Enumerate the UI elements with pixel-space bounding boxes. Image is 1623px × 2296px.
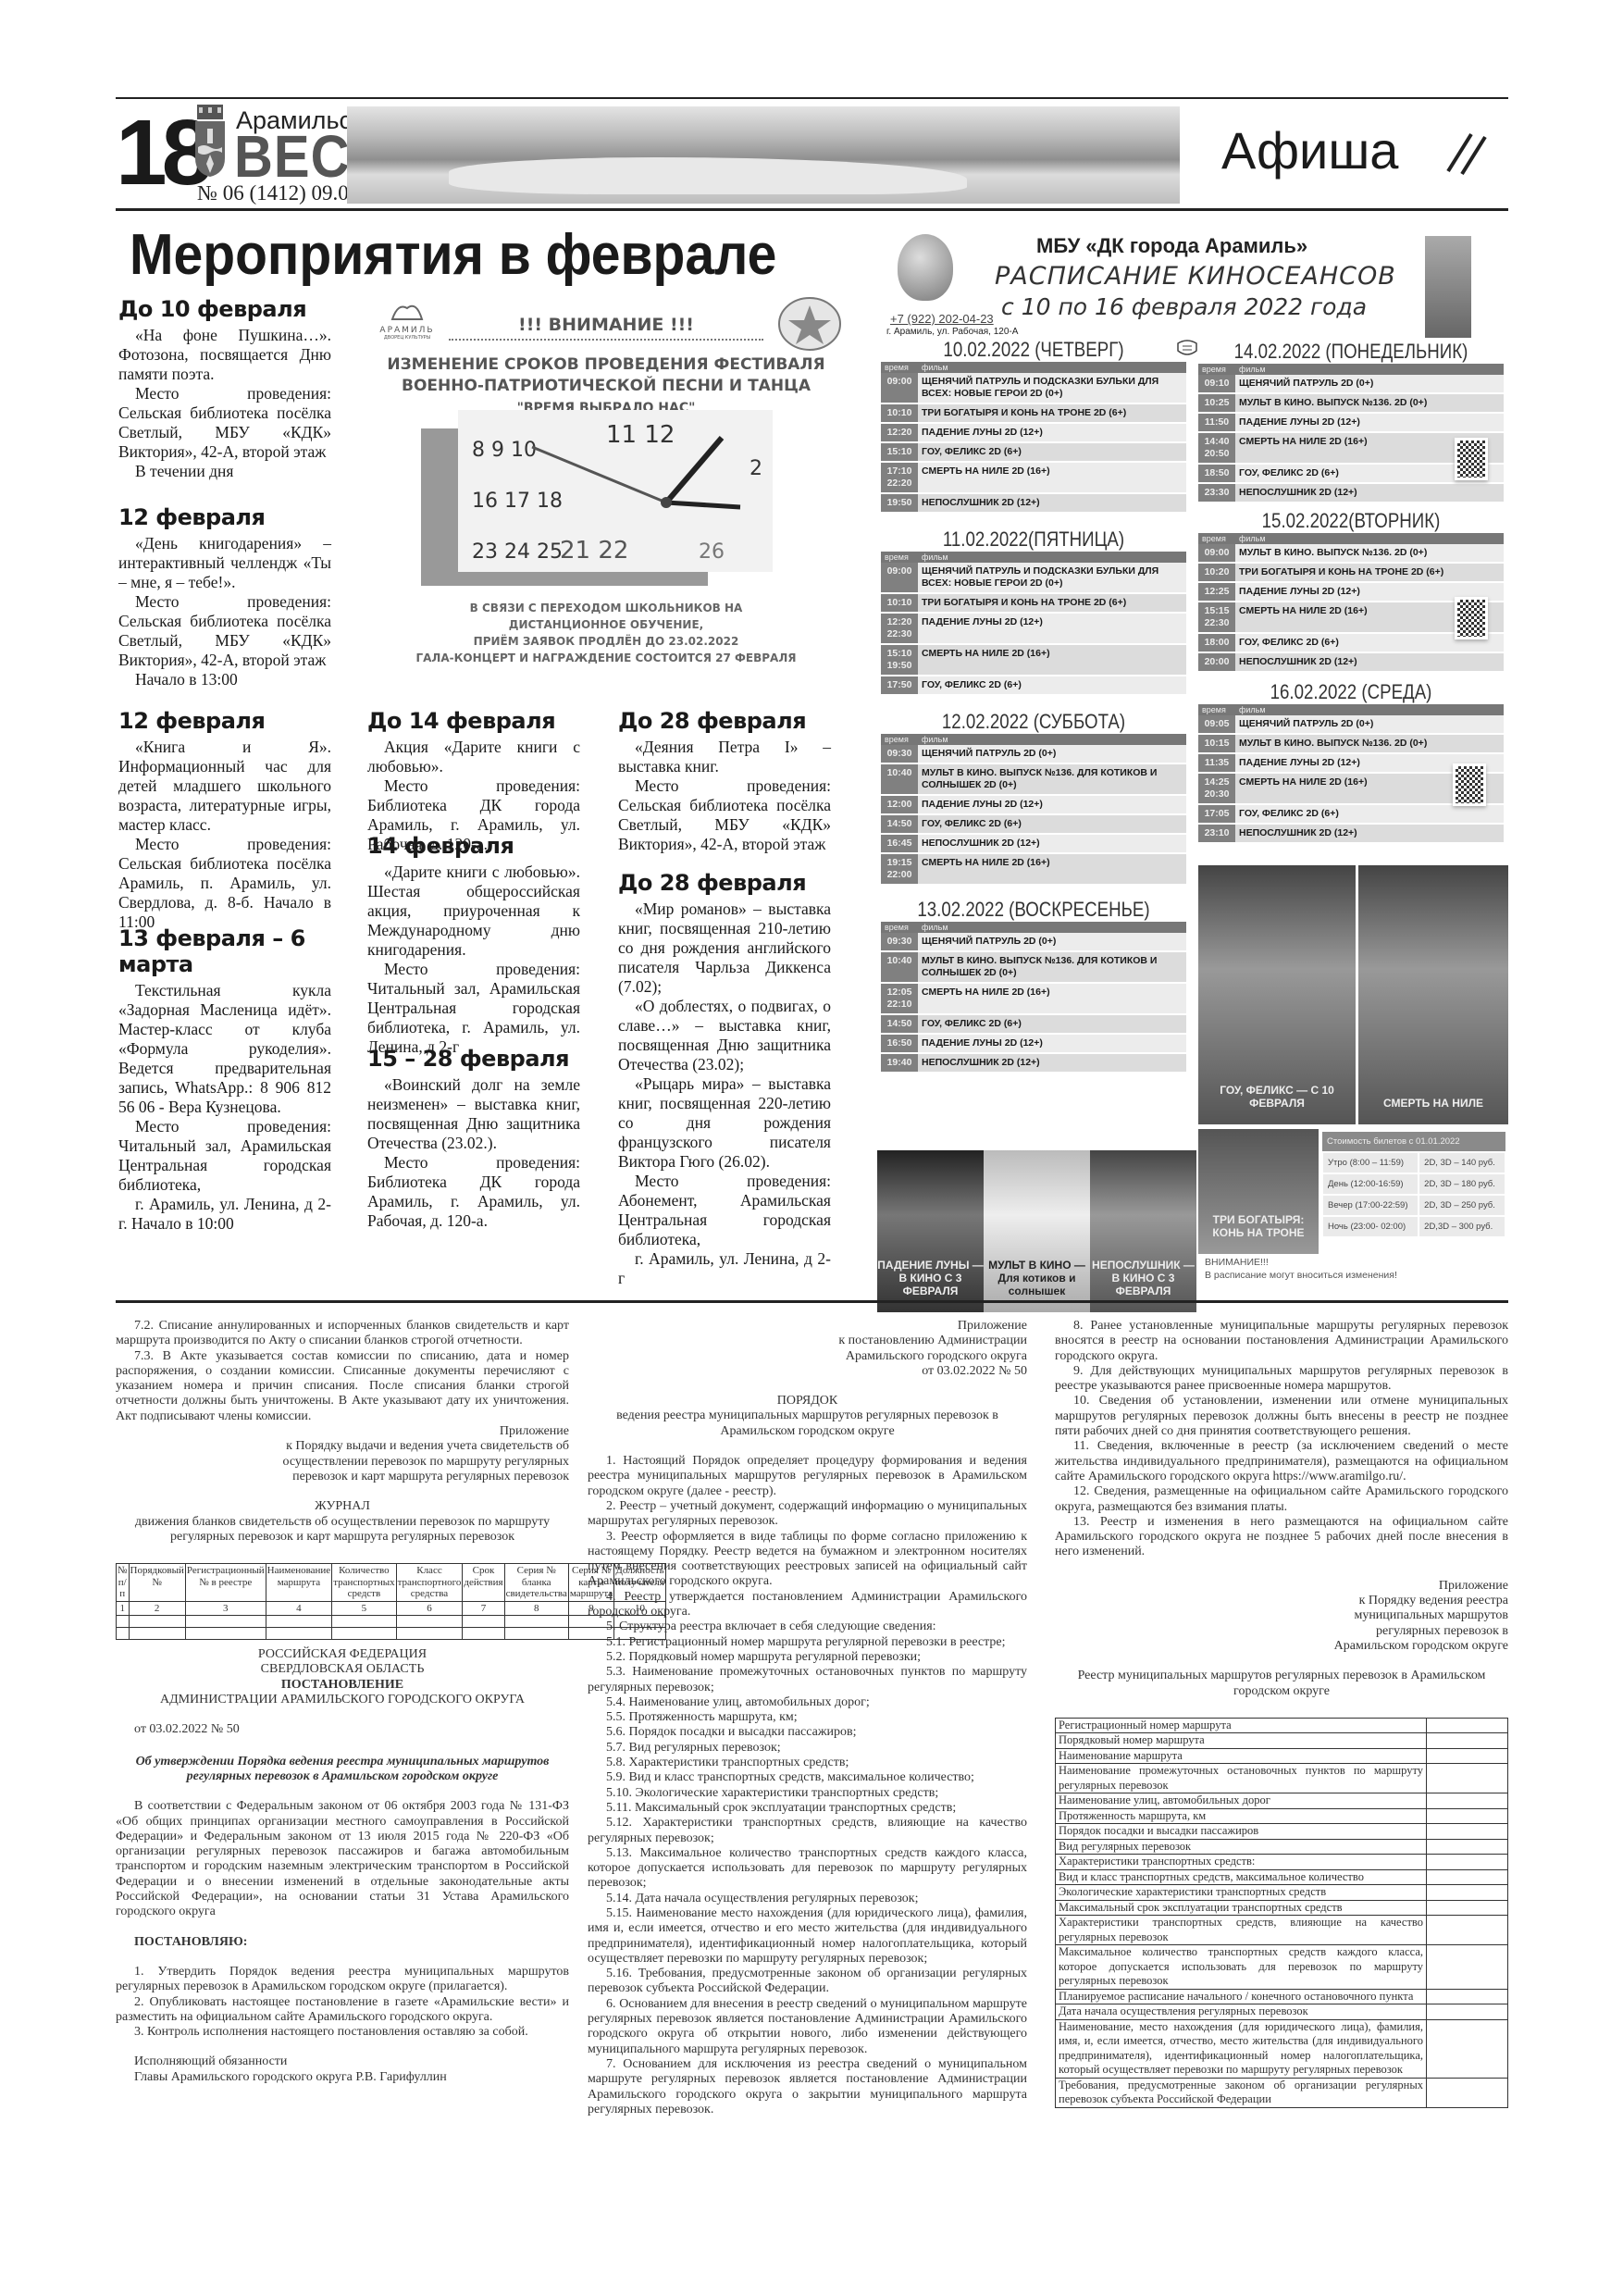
ticket-prices-table: Стоимость билетов с 01.01.2022 Утро (8:0… [1321, 1132, 1506, 1238]
event-item: 15 – 28 февраля «Воинский долг на земле … [367, 1046, 580, 1231]
registry-row: Требования, предусмотренные законом об о… [1056, 2078, 1508, 2107]
cinema-phone[interactable]: +7 (922) 202-04-23 [890, 312, 994, 326]
movie-poster-moonfall: ПАДЕНИЕ ЛУНЫ — В КИНО С 3 ФЕВРАЛЯ [877, 1150, 984, 1312]
registry-row: Экологические характеристики транспортны… [1056, 1885, 1508, 1901]
cinema-subtitle: с 10 по 16 февраля 2022 года [1001, 293, 1367, 320]
appendix-label: Приложение [1055, 1579, 1508, 1594]
header-landscape-photo [347, 106, 1180, 204]
event-date: 12 февраля [118, 504, 331, 530]
cinema-title: РАСПИСАНИЕ КИНОСЕАНСОВ [995, 262, 1396, 291]
header-top-rule [116, 97, 1508, 99]
event-text: «День книгодарения» – интерактивный челл… [118, 534, 331, 592]
event-place: Место проведения: Сельская библиотека по… [118, 592, 331, 670]
event-item: 13 февраля – 6 марта Текстильная кукла «… [118, 925, 331, 1234]
doc-column-2: Приложение к постановлению Администрации… [588, 1319, 1027, 2117]
showtime-row: 12:05 22:10СМЕРТЬ НА НИЛЕ 2D (16+) [881, 983, 1186, 1014]
event-text: Акция «Дарите книги с любовью». [367, 738, 580, 776]
signatory-position: Исполняющий обязанности [116, 2054, 569, 2069]
showtime-row: 10:40МУЛЬТ В КИНО. ВЫПУСК №136. ДЛЯ КОТИ… [881, 951, 1186, 983]
event-place: Место проведения: Сельская библиотека по… [618, 776, 831, 854]
showtime-row: 10:10ТРИ БОГАТЫРЯ И КОНЬ НА ТРОНЕ 2D (6+… [881, 403, 1186, 423]
page-title: Мероприятия в феврале [130, 222, 776, 288]
showtime-row: 20:00НЕПОСЛУШНИК 2D (12+) [1198, 652, 1504, 672]
showtime-row: 09:05ЩЕНЯЧИЙ ПАТРУЛЬ 2D (0+) [1198, 715, 1504, 734]
registry-row: Дата начала осуществления регулярных пер… [1056, 2004, 1508, 2020]
clock-calendar-image: 8 9 10 16 17 18 23 24 25 21 22 26 11 12 … [421, 410, 773, 586]
doc-region: СВЕРДЛОВСКАЯ ОБЛАСТЬ [116, 1662, 569, 1677]
city-crest-icon [194, 105, 226, 177]
svg-text:2: 2 [750, 457, 762, 480]
registry-row: Наименование улиц, автомобильных дорог [1056, 1793, 1508, 1809]
showtimes-table: времяфильм 09:30ЩЕНЯЧИЙ ПАТРУЛЬ 2D (0+) … [881, 734, 1186, 886]
event-place: Место проведения: Сельская библиотека по… [118, 384, 331, 462]
event-place: Место проведения: Абонемент, Арамильская… [618, 1172, 831, 1249]
poster-note-2: ДИСТАНЦИОННОЕ ОБУЧЕНИЕ, [365, 616, 847, 633]
movie-poster-tri-bogatyrya: ТРИ БОГАТЫРЯ: КОНЬ НА ТРОНЕ [1198, 1129, 1319, 1254]
doc-country: РОССИЙСКАЯ ФЕДЕРАЦИЯ [116, 1647, 569, 1662]
doc-resolve: ПОСТАНОВЛЯЮ: [116, 1935, 569, 1950]
day-title: 16.02.2022 (СРЕДА) [1221, 680, 1481, 704]
showtime-row: 12:00ПАДЕНИЕ ЛУНЫ 2D (12+) [881, 795, 1186, 814]
appendix-label: Приложение [588, 1319, 1027, 1334]
event-date: До 10 февраля [118, 296, 331, 322]
movie-poster-death-on-nile: СМЕРТЬ НА НИЛЕ [1358, 865, 1508, 1124]
showtime-row: 15:10 19:50СМЕРТЬ НА НИЛЕ 2D (16+) [881, 644, 1186, 676]
svg-text:11 12: 11 12 [606, 421, 675, 449]
journal-table: № п/пПорядковый №Регистрационный № в рее… [116, 1563, 666, 1640]
event-place: Место проведения: Сельская библиотека по… [118, 835, 331, 932]
registry-row: Вид и класс транспортных средств, максим… [1056, 1869, 1508, 1885]
movie-poster-mult-v-kino: МУЛЬТ В КИНО — Для котиков и солнышек [984, 1150, 1090, 1312]
event-text: «На фоне Пушкина…». Фотозона, посвящаетс… [118, 326, 331, 384]
cinema-org: МБУ «ДК города Арамиль» [1036, 234, 1307, 258]
schedule-warning: ВНИМАНИЕ!!! В расписание могут вноситься… [1205, 1256, 1397, 1282]
day-title: 11.02.2022(ПЯТНИЦА) [904, 527, 1164, 552]
doc-issuer: АДМИНИСТРАЦИИ АРАМИЛЬСКОГО ГОРОДСКОГО ОК… [116, 1693, 569, 1707]
prices-title: Стоимость билетов с 01.01.2022 [1322, 1132, 1505, 1152]
registry-row: Протяженность маршрута, км [1056, 1808, 1508, 1824]
registry-row: Наименование промежуточных остановочных … [1056, 1764, 1508, 1793]
day-title: 13.02.2022 (ВОСКРЕСЕНЬЕ) [904, 898, 1164, 922]
registry-row: Порядок посадки и высадки пассажиров [1056, 1824, 1508, 1840]
doc-date-number: от 03.02.2022 № 50 [116, 1722, 569, 1737]
order-subtitle: ведения реестра муниципальных маршрутов … [588, 1409, 1027, 1439]
showtime-row: 17:10 22:20СМЕРТЬ НА НИЛЕ 2D (16+) [881, 462, 1186, 493]
doc-paragraph: 7.3. В Акте указывается состав комиссии … [116, 1349, 569, 1424]
warning-text: В расписание могут вноситься изменения! [1205, 1269, 1397, 1282]
poster-attention: !!! ВНИМАНИЕ !!! [449, 315, 763, 341]
showtime-row: 10:25МУЛЬТ В КИНО. ВЫПУСК №136. 2D (0+) [1198, 393, 1504, 413]
svg-text:23 24 25: 23 24 25 [472, 540, 563, 564]
section-divider [116, 1300, 1508, 1303]
showtime-row: 12:20 22:30ПАДЕНИЕ ЛУНЫ 2D (12+) [881, 613, 1186, 644]
price-row: Ночь (23:00- 02:00)2D,3D – 300 руб. [1322, 1216, 1505, 1237]
showtime-row: 10:20ТРИ БОГАТЫРЯ И КОНЬ НА ТРОНЕ 2D (6+… [1198, 563, 1504, 582]
header-bottom-rule [116, 208, 1508, 211]
movie-poster-thumb [1425, 236, 1471, 338]
showtime-row: 11:50ПАДЕНИЕ ЛУНЫ 2D (12+) [1198, 413, 1504, 432]
event-date: 13 февраля – 6 марта [118, 925, 331, 977]
event-text: «Мир романов» – выставка книг, посвященн… [618, 900, 831, 997]
event-item: До 28 февраля «Деяния Петра I» – выставк… [618, 708, 831, 854]
order-paragraphs: 1. Настоящий Порядок определяет процедур… [588, 1454, 1027, 2117]
registry-row: Характеристики транспортных средств: [1056, 1855, 1508, 1870]
order-title: ПОРЯДОК [588, 1394, 1027, 1409]
event-item: 12 февраля «День книгодарения» – интерак… [118, 504, 331, 689]
event-place: Место проведения: Читальный зал, Арамиль… [118, 1117, 331, 1195]
col-time-header: время [881, 362, 918, 373]
day-title: 10.02.2022 (ЧЕТВЕРГ) [904, 338, 1164, 362]
signatory-name: Главы Арамильского городского округа Р.В… [116, 2070, 569, 2085]
event-address: г. Арамиль, ул. Ленина, д 2-г. Начало в … [118, 1195, 331, 1234]
poster-note-1: В СВЯЗИ С ПЕРЕХОДОМ ШКОЛЬНИКОВ НА [365, 600, 847, 616]
event-date: 15 – 28 февраля [367, 1046, 580, 1072]
showtime-row: 23:30НЕПОСЛУШНИК 2D (12+) [1198, 483, 1504, 503]
col-film-header: фильм [918, 362, 1186, 373]
festival-emblem-icon [777, 296, 842, 352]
event-text: «Деяния Петра I» – выставка книг. [618, 738, 831, 776]
showtime-row: 19:40НЕПОСЛУШНИК 2D (12+) [881, 1053, 1186, 1073]
dk-logo-text: АРАМИЛЬ [379, 326, 435, 335]
cinema-schedule: +7 (922) 202-04-23 г. Арамиль, ул. Рабоч… [870, 227, 1508, 1291]
movie-poster-gou-feliks: ГОУ, ФЕЛИКС — С 10 ФЕВРАЛЯ [1198, 865, 1356, 1124]
dk-logo: АРАМИЛЬ ДВОРЕЦ КУЛЬТУРЫ [379, 299, 435, 341]
showtime-row: 14:50ГОУ, ФЕЛИКС 2D (6+) [881, 1014, 1186, 1034]
appendix-text: к Порядку выдачи и ведения учета свидете… [116, 1439, 569, 1484]
showtime-row: 14:50ГОУ, ФЕЛИКС 2D (6+) [881, 814, 1186, 834]
day-schedule: 12.02.2022 (СУББОТА) времяфильм 09:30ЩЕН… [881, 710, 1186, 886]
registry-row: Планируемое расписание начального / коне… [1056, 1989, 1508, 2004]
svg-text:21 22: 21 22 [560, 537, 628, 565]
registry-row: Максимальный срок эксплуатации транспорт… [1056, 1900, 1508, 1916]
registry-title: Реестр муниципальных маршрутов регулярны… [1055, 1669, 1508, 1699]
showtimes-table: времяфильм 09:10ЩЕНЯЧИЙ ПАТРУЛЬ 2D (0+) … [1198, 364, 1504, 503]
showtime-row: 23:10НЕПОСЛУШНИК 2D (12+) [1198, 824, 1504, 843]
price-row: Утро (8:00 – 11:59)2D, 3D – 140 руб. [1322, 1152, 1505, 1173]
event-item: До 10 февраля «На фоне Пушкина…». Фотозо… [118, 296, 331, 481]
dk-logo-subtext: ДВОРЕЦ КУЛЬТУРЫ [379, 335, 435, 341]
doc-column-1: 7.2. Списание аннулированных и испорченн… [116, 1319, 569, 2085]
qr-code-icon[interactable] [1455, 438, 1488, 480]
doc-subject: Об утверждении Порядка ведения реестра м… [116, 1755, 569, 1785]
day-schedule: 10.02.2022 (ЧЕТВЕРГ) времяфильм 09:00ЩЕН… [881, 338, 1186, 514]
showtime-row: 09:00МУЛЬТ В КИНО. ВЫПУСК №136. 2D (0+) [1198, 544, 1504, 563]
registry-row: Характеристики транспортных средств, вли… [1056, 1916, 1508, 1945]
doc-item: 2. Опубликовать настоящее постановление … [116, 1995, 569, 2026]
event-date: До 14 февраля [367, 708, 580, 734]
warning-title: ВНИМАНИЕ!!! [1205, 1256, 1397, 1269]
event-place: Место проведения: Читальный зал, Арамиль… [367, 960, 580, 1057]
showtime-row: 15:10ГОУ, ФЕЛИКС 2D (6+) [881, 442, 1186, 462]
showtime-row: 09:30ЩЕНЯЧИЙ ПАТРУЛЬ 2D (0+) [881, 933, 1186, 951]
event-time: Начало в 13:00 [118, 670, 331, 689]
doc-item: 1. Утвердить Порядок ведения реестра мун… [116, 1965, 569, 1995]
registry-row: Наименование, место нахождения (для юрид… [1056, 2019, 1508, 2078]
showtime-row: 19:15 22:00СМЕРТЬ НА НИЛЕ 2D (16+) [881, 853, 1186, 885]
showtime-row: 10:15МУЛЬТ В КИНО. ВЫПУСК №136. 2D (0+) [1198, 734, 1504, 753]
event-item: 12 февраля «Книга и Я». Информационный ч… [118, 708, 331, 932]
journal-subtitle: движения бланков свидетельств об осущест… [116, 1515, 569, 1545]
event-date: 14 февраля [367, 833, 580, 859]
showtime-row: 09:30ЩЕНЯЧИЙ ПАТРУЛЬ 2D (0+) [881, 745, 1186, 763]
showtimes-table: времяфильм 09:00ЩЕНЯЧИЙ ПАТРУЛЬ И ПОДСКА… [881, 362, 1186, 514]
event-item: До 28 февраля «Мир романов» – выставка к… [618, 870, 831, 1288]
event-address: г. Арамиль, ул. Ленина, д 2-г [618, 1249, 831, 1288]
cinema-address: г. Арамиль, ул. Рабочая, 120-А [886, 327, 1018, 337]
showtime-row: 09:00ЩЕНЯЧИЙ ПАТРУЛЬ И ПОДСКАЗКИ БУЛЬКИ … [881, 563, 1186, 593]
registry-row: Порядковый номер маршрута [1056, 1733, 1508, 1749]
event-text: «Книга и Я». Информационный час для дете… [118, 738, 331, 835]
section-title: Афиша [1221, 120, 1398, 180]
dk-logo-icon [389, 299, 426, 323]
day-schedule: 15.02.2022(ВТОРНИК) времяфильм 09:00МУЛЬ… [1198, 509, 1504, 673]
event-place: Место проведения: Библиотека ДК города А… [367, 1153, 580, 1231]
poster-headline: ИЗМЕНЕНИЕ СРОКОВ ПРОВЕДЕНИЯ ФЕСТИВАЛЯ ВО… [365, 354, 847, 397]
event-text: «Дарите книги с любовью». Шестая общерос… [367, 863, 580, 960]
poster-note-3: ПРИЁМ ЗАЯВОК ПРОДЛЁН ДО 23.02.2022 [365, 633, 847, 650]
registry-row: Наименование маршрута [1056, 1748, 1508, 1764]
showtime-row: 17:05ГОУ, ФЕЛИКС 2D (6+) [1198, 804, 1504, 824]
event-text: «О доблестях, о подвигах, о славе…» – вы… [618, 997, 831, 1074]
double-slash-icon [1443, 130, 1490, 176]
panorama-logo-icon [898, 234, 953, 301]
showtime-row: 19:50НЕПОСЛУШНИК 2D (12+) [881, 493, 1186, 513]
day-schedule: 16.02.2022 (СРЕДА) времяфильм 09:05ЩЕНЯЧ… [1198, 680, 1504, 844]
day-schedule: 13.02.2022 (ВОСКРЕСЕНЬЕ) времяфильм 09:3… [881, 898, 1186, 1074]
registry-table: Регистрационный номер маршрута Порядковы… [1055, 1718, 1508, 2108]
movie-poster-neposlushnik: НЕПОСЛУШНИК — В КИНО С 3 ФЕВРАЛЯ [1090, 1150, 1196, 1312]
event-date: До 28 февраля [618, 708, 831, 734]
day-title: 12.02.2022 (СУББОТА) [904, 710, 1164, 734]
showtime-row: 12:20ПАДЕНИЕ ЛУНЫ 2D (12+) [881, 423, 1186, 442]
registry-row: Максимальное количество транспортных сре… [1056, 1945, 1508, 1990]
day-title: 15.02.2022(ВТОРНИК) [1221, 509, 1481, 533]
doc-paragraph: 7.2. Списание аннулированных и испорченн… [116, 1319, 569, 1349]
doc-column-3: 8. Ранее установленные муниципальные мар… [1055, 1319, 1508, 2108]
event-date: До 28 февраля [618, 870, 831, 896]
showtime-row: 10:40МУЛЬТ В КИНО. ВЫПУСК №136. ДЛЯ КОТИ… [881, 763, 1186, 795]
showtimes-table: времяфильм 09:30ЩЕНЯЧИЙ ПАТРУЛЬ 2D (0+) … [881, 922, 1186, 1074]
showtime-row: 16:50ПАДЕНИЕ ЛУНЫ 2D (12+) [881, 1034, 1186, 1053]
showtime-row: 17:50ГОУ, ФЕЛИКС 2D (6+) [881, 676, 1186, 695]
svg-text:16 17 18: 16 17 18 [472, 490, 563, 513]
showtime-row: 09:00ЩЕНЯЧИЙ ПАТРУЛЬ И ПОДСКАЗКИ БУЛЬКИ … [881, 373, 1186, 403]
event-time: В течении дня [118, 462, 331, 481]
doc-type: ПОСТАНОВЛЕНИЕ [116, 1678, 569, 1693]
showtime-row: 10:10ТРИ БОГАТЫРЯ И КОНЬ НА ТРОНЕ 2D (6+… [881, 593, 1186, 613]
svg-text:8 9 10: 8 9 10 [472, 439, 537, 462]
event-item: 14 февраля «Дарите книги с любовью». Шес… [367, 833, 580, 1057]
day-schedule: 11.02.2022(ПЯТНИЦА) времяфильм 09:00ЩЕНЯ… [881, 527, 1186, 696]
showtime-row: 09:10ЩЕНЯЧИЙ ПАТРУЛЬ 2D (0+) [1198, 375, 1504, 393]
svg-text:26: 26 [699, 540, 725, 564]
event-date: 12 февраля [118, 708, 331, 734]
event-text: Текстильная кукла «Задорная Масленица ид… [118, 981, 331, 1117]
day-title: 14.02.2022 (ПОНЕДЕЛЬНИК) [1221, 340, 1481, 364]
showtimes-table: времяфильм 09:00ЩЕНЯЧИЙ ПАТРУЛЬ И ПОДСКА… [881, 552, 1186, 696]
qr-code-icon[interactable] [1453, 763, 1486, 806]
showtime-row: 16:45НЕПОСЛУШНИК 2D (12+) [881, 834, 1186, 853]
poster-note-4: ГАЛА-КОНЦЕРТ И НАГРАЖДЕНИЕ СОСТОИТСЯ 27 … [365, 650, 847, 666]
price-row: День (12:00-16:59)2D, 3D – 180 руб. [1322, 1173, 1505, 1195]
journal-title: ЖУРНАЛ [116, 1499, 569, 1514]
qr-code-icon[interactable] [1455, 597, 1488, 639]
appendix-label: Приложение [116, 1424, 569, 1439]
festival-poster: АРАМИЛЬ ДВОРЕЦ КУЛЬТУРЫ !!! ВНИМАНИЕ !!!… [365, 294, 847, 674]
registry-row: Регистрационный номер маршрута [1056, 1718, 1508, 1733]
registry-row: Вид регулярных перевозок [1056, 1839, 1508, 1855]
price-row: Вечер (17:00-22:59)2D, 3D – 250 руб. [1322, 1195, 1505, 1216]
event-text: «Рыцарь мира» – выставка книг, посвященн… [618, 1074, 831, 1172]
doc-preamble: В соответствии с Федеральным законом от … [116, 1799, 569, 1919]
event-text: «Воинский долг на земле неизменен» – выс… [367, 1075, 580, 1153]
doc-item: 3. Контроль исполнения настоящего постан… [116, 2025, 569, 2040]
